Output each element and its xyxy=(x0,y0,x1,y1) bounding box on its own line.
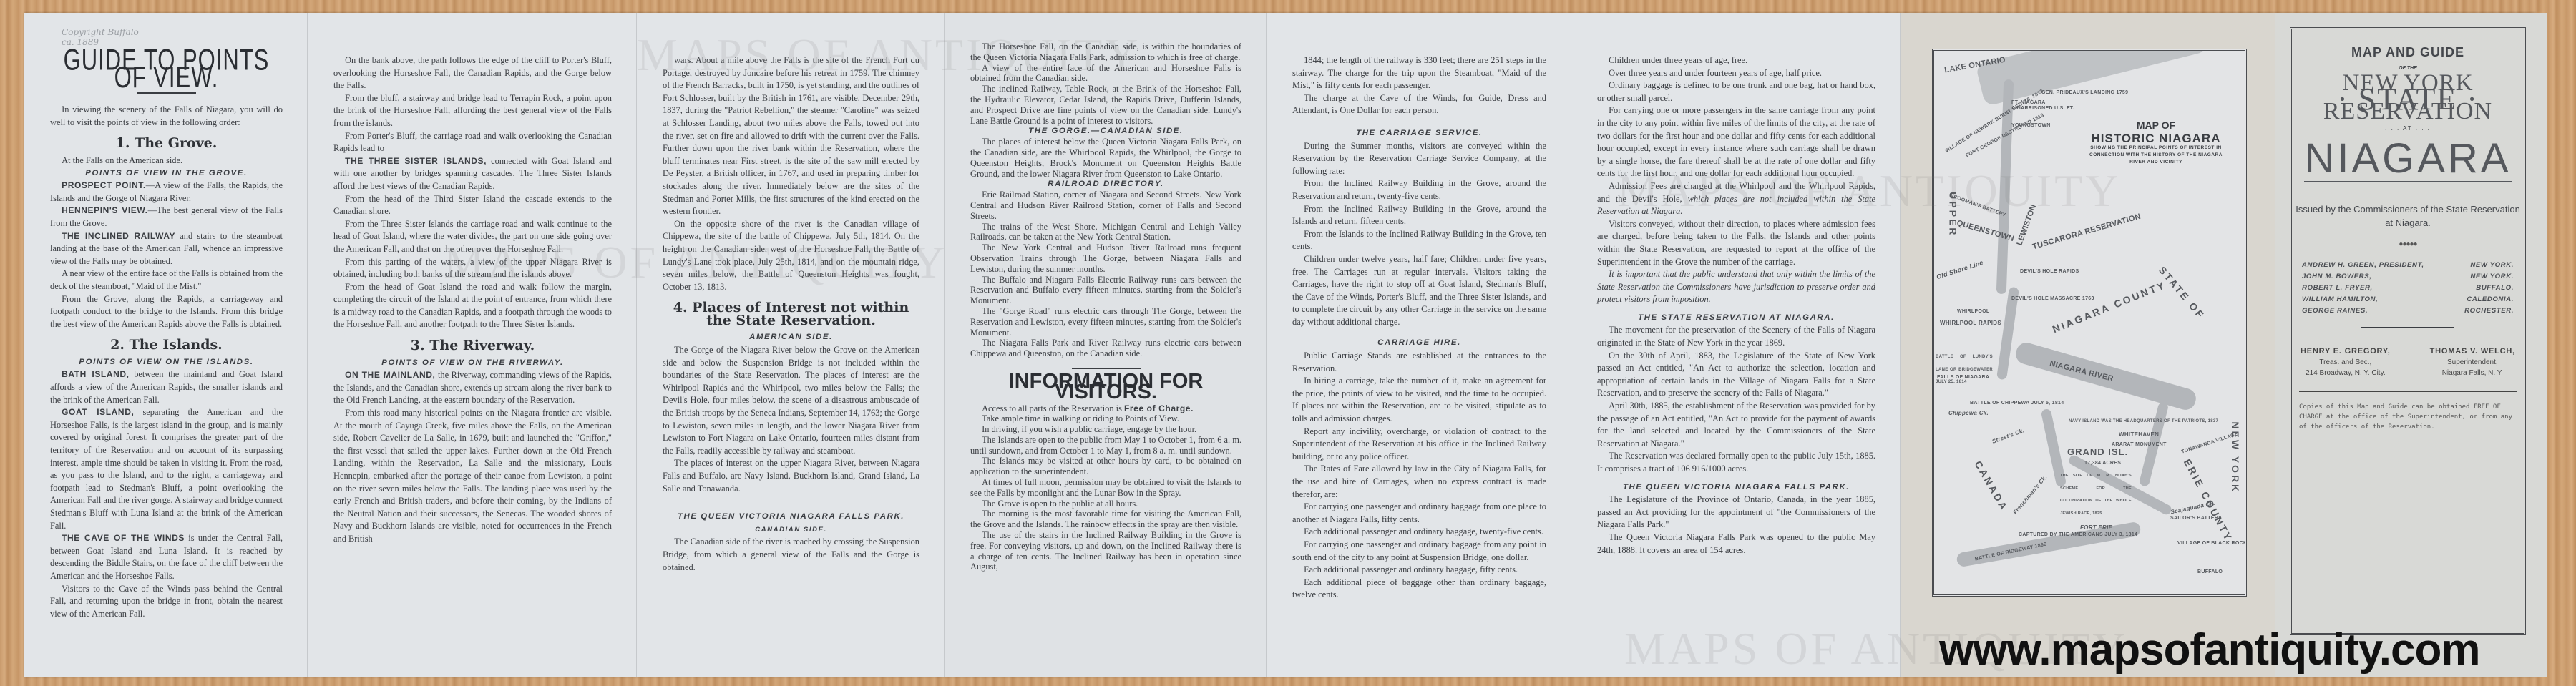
paragraph: In driving, if you wish a public carriag… xyxy=(970,424,1241,435)
subheading: POINTS OF VIEW IN THE GROVE. xyxy=(50,167,283,180)
paragraph: On the 30th of April, 1883, the Legislat… xyxy=(1597,350,1875,400)
map-label: DEVIL'S HOLE MASSACRE 1763 xyxy=(2011,293,2094,305)
map-label: SAILOR'S BATTERY xyxy=(2170,512,2222,525)
panel-map: MAP OF HISTORIC NIAGARA SHOWING THE PRIN… xyxy=(1901,13,2275,677)
section-heading-places: 4. Places of Interest not within the Sta… xyxy=(663,302,919,327)
map-label: NIAGARA COUNTY xyxy=(2051,279,2168,336)
panel-carriage-service: 1844; the length of the railway is 330 f… xyxy=(1267,13,1571,677)
commissioners-list: ANDREW H. GREEN, PRESIDENT,NEW YORK. JOH… xyxy=(2292,260,2524,317)
paragraph: Each additional piece of baggage other t… xyxy=(1292,577,1546,602)
map-label: CAPTURED BY THE AMERICANS JULY 3, 1814 xyxy=(2019,529,2137,542)
commissioner-row: JOHN M. BOWERS,NEW YORK. xyxy=(2302,271,2514,283)
cover-heading: MAP AND GUIDE xyxy=(2292,46,2524,59)
subheading: POINTS OF VIEW ON THE ISLANDS. xyxy=(50,356,283,369)
paragraph: During the Summer months, visitors are c… xyxy=(1292,140,1546,178)
paragraph: The morning is the most favorable time f… xyxy=(970,509,1241,530)
subheading: CARRIAGE HIRE. xyxy=(1292,337,1546,350)
cover-niagara: NIAGARA xyxy=(2304,137,2511,182)
paragraph: At times of full moon, permission may be… xyxy=(970,477,1241,499)
map-label: Chippewa Ck. xyxy=(1948,407,1989,420)
panel-guide-to-points: Copyright Buffalo ca. 1889 GUIDE TO POIN… xyxy=(24,13,308,677)
commissioner-row: GEORGE RAINES,ROCHESTER. xyxy=(2302,305,2514,317)
map-label: NAVY ISLAND WAS THE HEADQUARTERS OF THE … xyxy=(2069,416,2218,428)
paragraph: For carrying one passenger and ordinary … xyxy=(1292,501,1546,526)
paragraph: Children under twelve years, half fare; … xyxy=(1292,253,1546,329)
paragraph: Take ample time in walking or riding to … xyxy=(970,413,1241,424)
paragraph: The Canadian side of the river is reache… xyxy=(663,536,919,574)
panel-state-reservation: Children under three years of age, free.… xyxy=(1571,13,1901,677)
paragraph: THE INCLINED RAILWAY and stairs to the s… xyxy=(50,230,283,268)
commissioner-row: WILLIAM HAMILTON,CALEDONIA. xyxy=(2302,294,2514,305)
page-title: GUIDE TO POINTS OF VIEW. xyxy=(50,52,283,86)
map-title: MAP OF HISTORIC NIAGARA SHOWING THE PRIN… xyxy=(2084,119,2228,166)
paragraph: On the bank above, the path follows the … xyxy=(333,54,612,92)
paragraph: The movement for the preservation of the… xyxy=(1597,324,1875,349)
officer-treasurer: HENRY E. GREGORY, Treas. and Sec., 214 B… xyxy=(2301,346,2391,378)
map-label: Street's Ck. xyxy=(1990,424,2026,448)
divider xyxy=(2361,327,2454,328)
paragraph: The "Gorge Road" runs electric cars thro… xyxy=(970,306,1241,338)
paragraph: From the head of Goat Island the road an… xyxy=(333,281,612,331)
map-label: DEVIL'S HOLE RAPIDS xyxy=(2020,265,2079,278)
subheading: POINTS OF VIEW ON THE RIVERWAY. xyxy=(333,357,612,370)
ornament-divider xyxy=(2354,242,2462,248)
section-heading-info: INFORMATION FOR VISITORS. xyxy=(970,376,1241,398)
paragraph: From this parting of the waters, a view … xyxy=(333,256,612,281)
paragraph: Erie Railroad Station, corner of Niagara… xyxy=(970,190,1241,221)
paragraph: THE CAVE OF THE WINDS is under the Centr… xyxy=(50,532,283,582)
panel-information-for-visitors: The Horseshoe Fall, on the Canadian side… xyxy=(945,13,1267,677)
paragraph: Report any incivility, overcharge, or vi… xyxy=(1292,426,1546,464)
paragraph: The Reservation was declared formally op… xyxy=(1597,450,1875,475)
map-label: CANADA xyxy=(1971,459,2011,514)
paragraph: The charge at the Cave of the Winds, for… xyxy=(1292,92,1546,117)
paragraph: The use of the stairs in the Inclined Ra… xyxy=(970,530,1241,572)
paragraph: A near view of the entire face of the Fa… xyxy=(50,268,283,293)
paragraph: From the Three Sister Islands the carria… xyxy=(333,218,612,256)
commissioner-row: ROBERT L. FRYER,BUFFALO. xyxy=(2302,283,2514,294)
paragraph: wars. About a mile above the Falls is th… xyxy=(663,54,919,218)
map-label: VILLAGE OF BLACK ROCK xyxy=(2177,537,2247,550)
subheading: THE STATE RESERVATION AT NIAGARA. xyxy=(1597,312,1875,325)
officers: HENRY E. GREGORY, Treas. and Sec., 214 B… xyxy=(2292,346,2524,378)
map-label: 17,384 ACRES xyxy=(2084,457,2121,470)
paragraph: Visitors conveyed, without their directi… xyxy=(1597,218,1875,268)
paragraph: THE THREE SISTER ISLANDS, connected with… xyxy=(333,155,612,193)
paragraph: Ordinary baggage is defined to be one tr… xyxy=(1597,79,1875,104)
subheading: RAILROAD DIRECTORY. xyxy=(970,179,1241,190)
section-heading-islands: 2. The Islands. xyxy=(50,339,283,352)
paragraph: The Islands are open to the public from … xyxy=(970,435,1241,456)
paragraph: From the Islands to the Inclined Railway… xyxy=(1292,228,1546,253)
paragraph: The Legislature of the Province of Ontar… xyxy=(1597,494,1875,531)
paragraph: Admission Fees are charged at the Whirlp… xyxy=(1597,180,1875,218)
panel-cover: MAP AND GUIDE OF THE NEW YORK · STATE · … xyxy=(2275,13,2547,677)
officer-superintendent: THOMAS V. WELCH, Superintendent, Niagara… xyxy=(2430,346,2515,378)
paragraph: For carrying one or more passengers in t… xyxy=(1597,104,1875,180)
subheading: THE QUEEN VICTORIA NIAGARA FALLS PARK. xyxy=(1597,481,1875,494)
map-label: GRAND ISL. xyxy=(2067,446,2128,459)
map-label: TUSCARORA RESERVATION xyxy=(2031,211,2143,254)
paragraph: The Niagara Falls Park and River Railway… xyxy=(970,338,1241,359)
subheading: THE CARRIAGE SERVICE. xyxy=(1292,127,1546,140)
map-label: WHIRLPOOL RAPIDS xyxy=(1940,317,2001,330)
map-label: FALLS OF NIAGARA xyxy=(1937,371,1989,384)
paragraph: The New York Central and Hudson River Ra… xyxy=(970,242,1241,274)
paragraph: From the bluff, a stairway and bridge le… xyxy=(333,92,612,130)
paragraph: The Gorge of the Niagara River below the… xyxy=(663,344,919,457)
paragraph: The places of interest below the Queen V… xyxy=(970,137,1241,179)
free-copies-notice: Copies of this Map and Guide can be obta… xyxy=(2299,391,2517,432)
paragraph: The Buffalo and Niagara Falls Electric R… xyxy=(970,275,1241,306)
panel-islands-riverway: On the bank above, the path follows the … xyxy=(308,13,637,677)
paragraph: The Queen Victoria Niagara Falls Park wa… xyxy=(1597,531,1875,557)
cover-reservation: RESERVATION xyxy=(2292,105,2524,118)
subheading: CANADIAN SIDE. xyxy=(663,524,919,536)
map-label: STATE OF xyxy=(2156,264,2207,322)
paragraph: Visitors to the Cave of the Winds pass b… xyxy=(50,583,283,621)
paragraph: ON THE MAINLAND, the Riverway, commandin… xyxy=(333,369,612,407)
subheading: THE QUEEN VICTORIA NIAGARA FALLS PARK. xyxy=(663,511,919,524)
paragraph: 1844; the length of the railway is 330 f… xyxy=(1292,54,1546,92)
divider xyxy=(1072,368,1141,369)
paragraph: BATH ISLAND, between the mainland and Go… xyxy=(50,368,283,406)
subheading: THE GORGE.—CANADIAN SIDE. xyxy=(970,126,1241,137)
subheading: AMERICAN SIDE. xyxy=(663,331,919,344)
paragraph: A view of the entire face of the America… xyxy=(970,63,1241,84)
paragraph: April 30th, 1885, the establishment of t… xyxy=(1597,400,1875,450)
section-heading-riverway: 3. The Riverway. xyxy=(333,340,612,353)
paragraph: It is important that the public understa… xyxy=(1597,268,1875,306)
map-label: BUFFALO xyxy=(2197,566,2223,579)
paragraph: From the Inclined Railway Building in th… xyxy=(1292,203,1546,228)
intro-text: In viewing the scenery of the Falls of N… xyxy=(50,104,283,129)
paragraph: Public Carriage Stands are established a… xyxy=(1292,350,1546,375)
paragraph: The Grove is open to the public at all h… xyxy=(970,499,1241,509)
map-label: NEW YORK xyxy=(2229,421,2242,494)
panel-places-of-interest: wars. About a mile above the Falls is th… xyxy=(637,13,945,677)
historic-niagara-map: MAP OF HISTORIC NIAGARA SHOWING THE PRIN… xyxy=(1932,49,2247,597)
paragraph: From Porter's Bluff, the carriage road a… xyxy=(333,130,612,155)
site-watermark: www.mapsofantiquity.com xyxy=(1939,628,2480,672)
paragraph: Children under three years of age, free. xyxy=(1597,54,1875,67)
paragraph: The Horseshoe Fall, on the Canadian side… xyxy=(970,41,1241,63)
map-label: Old Shore Line xyxy=(1935,257,1985,284)
cover-frame: MAP AND GUIDE OF THE NEW YORK · STATE · … xyxy=(2290,27,2526,635)
map-label: THE SITE OF M. M. NOAH'S SCHEME FOR THE … xyxy=(2060,470,2132,520)
paragraph: PROSPECT POINT.—A view of the Falls, the… xyxy=(50,180,283,205)
paragraph: GOAT ISLAND, separating the American and… xyxy=(50,406,283,532)
paragraph: The Islands may be visited at other hour… xyxy=(970,456,1241,477)
map-label: WHIRLPOOL xyxy=(1957,305,1989,318)
paragraph: From the head of the Third Sister Island… xyxy=(333,193,612,218)
paragraph: From the Grove, along the Rapids, a carr… xyxy=(50,293,283,331)
map-label: UPPER xyxy=(1946,192,1959,237)
paragraph: Each additional passenger and ordinary b… xyxy=(1292,526,1546,539)
paragraph: The Rates of Fare allowed by law in the … xyxy=(1292,463,1546,501)
map-label: Frenchman's Ck. xyxy=(2010,472,2051,518)
paragraph: For carrying one passenger and ordinary … xyxy=(1292,539,1546,564)
paragraph: The inclined Railway, Table Rock, at the… xyxy=(970,84,1241,126)
paragraph: HENNEPIN'S VIEW.—The best general view o… xyxy=(50,205,283,230)
paragraph: In hiring a carriage, take the number of… xyxy=(1292,375,1546,425)
cover-issued-by: Issued by the Commissioners of the State… xyxy=(2292,202,2524,230)
commissioner-row: ANDREW H. GREEN, PRESIDENT,NEW YORK. xyxy=(2302,260,2514,271)
paragraph: From the Inclined Railway Building in th… xyxy=(1292,177,1546,202)
paragraph: From this road many historical points on… xyxy=(333,407,612,546)
map-label: GEN. PRIDEAUX'S LANDING 1759 xyxy=(2041,87,2128,99)
map-label: BATTLE OF RIDGEWAY 1866 xyxy=(1974,539,2048,567)
section-heading-grove: 1. The Grove. xyxy=(50,137,283,150)
paragraph: The trains of the West Shore, Michigan C… xyxy=(970,222,1241,243)
paragraph: Over three years and under fourteen year… xyxy=(1597,67,1875,80)
paragraph: Each additional passenger and ordinary b… xyxy=(1292,564,1546,577)
paragraph: Access to all parts of the Reservation i… xyxy=(970,403,1241,414)
paragraph: On the opposite shore of the river is th… xyxy=(663,218,919,294)
lead-text: At the Falls on the American side. xyxy=(50,155,283,167)
paragraph: The places of interest on the upper Niag… xyxy=(663,457,919,495)
